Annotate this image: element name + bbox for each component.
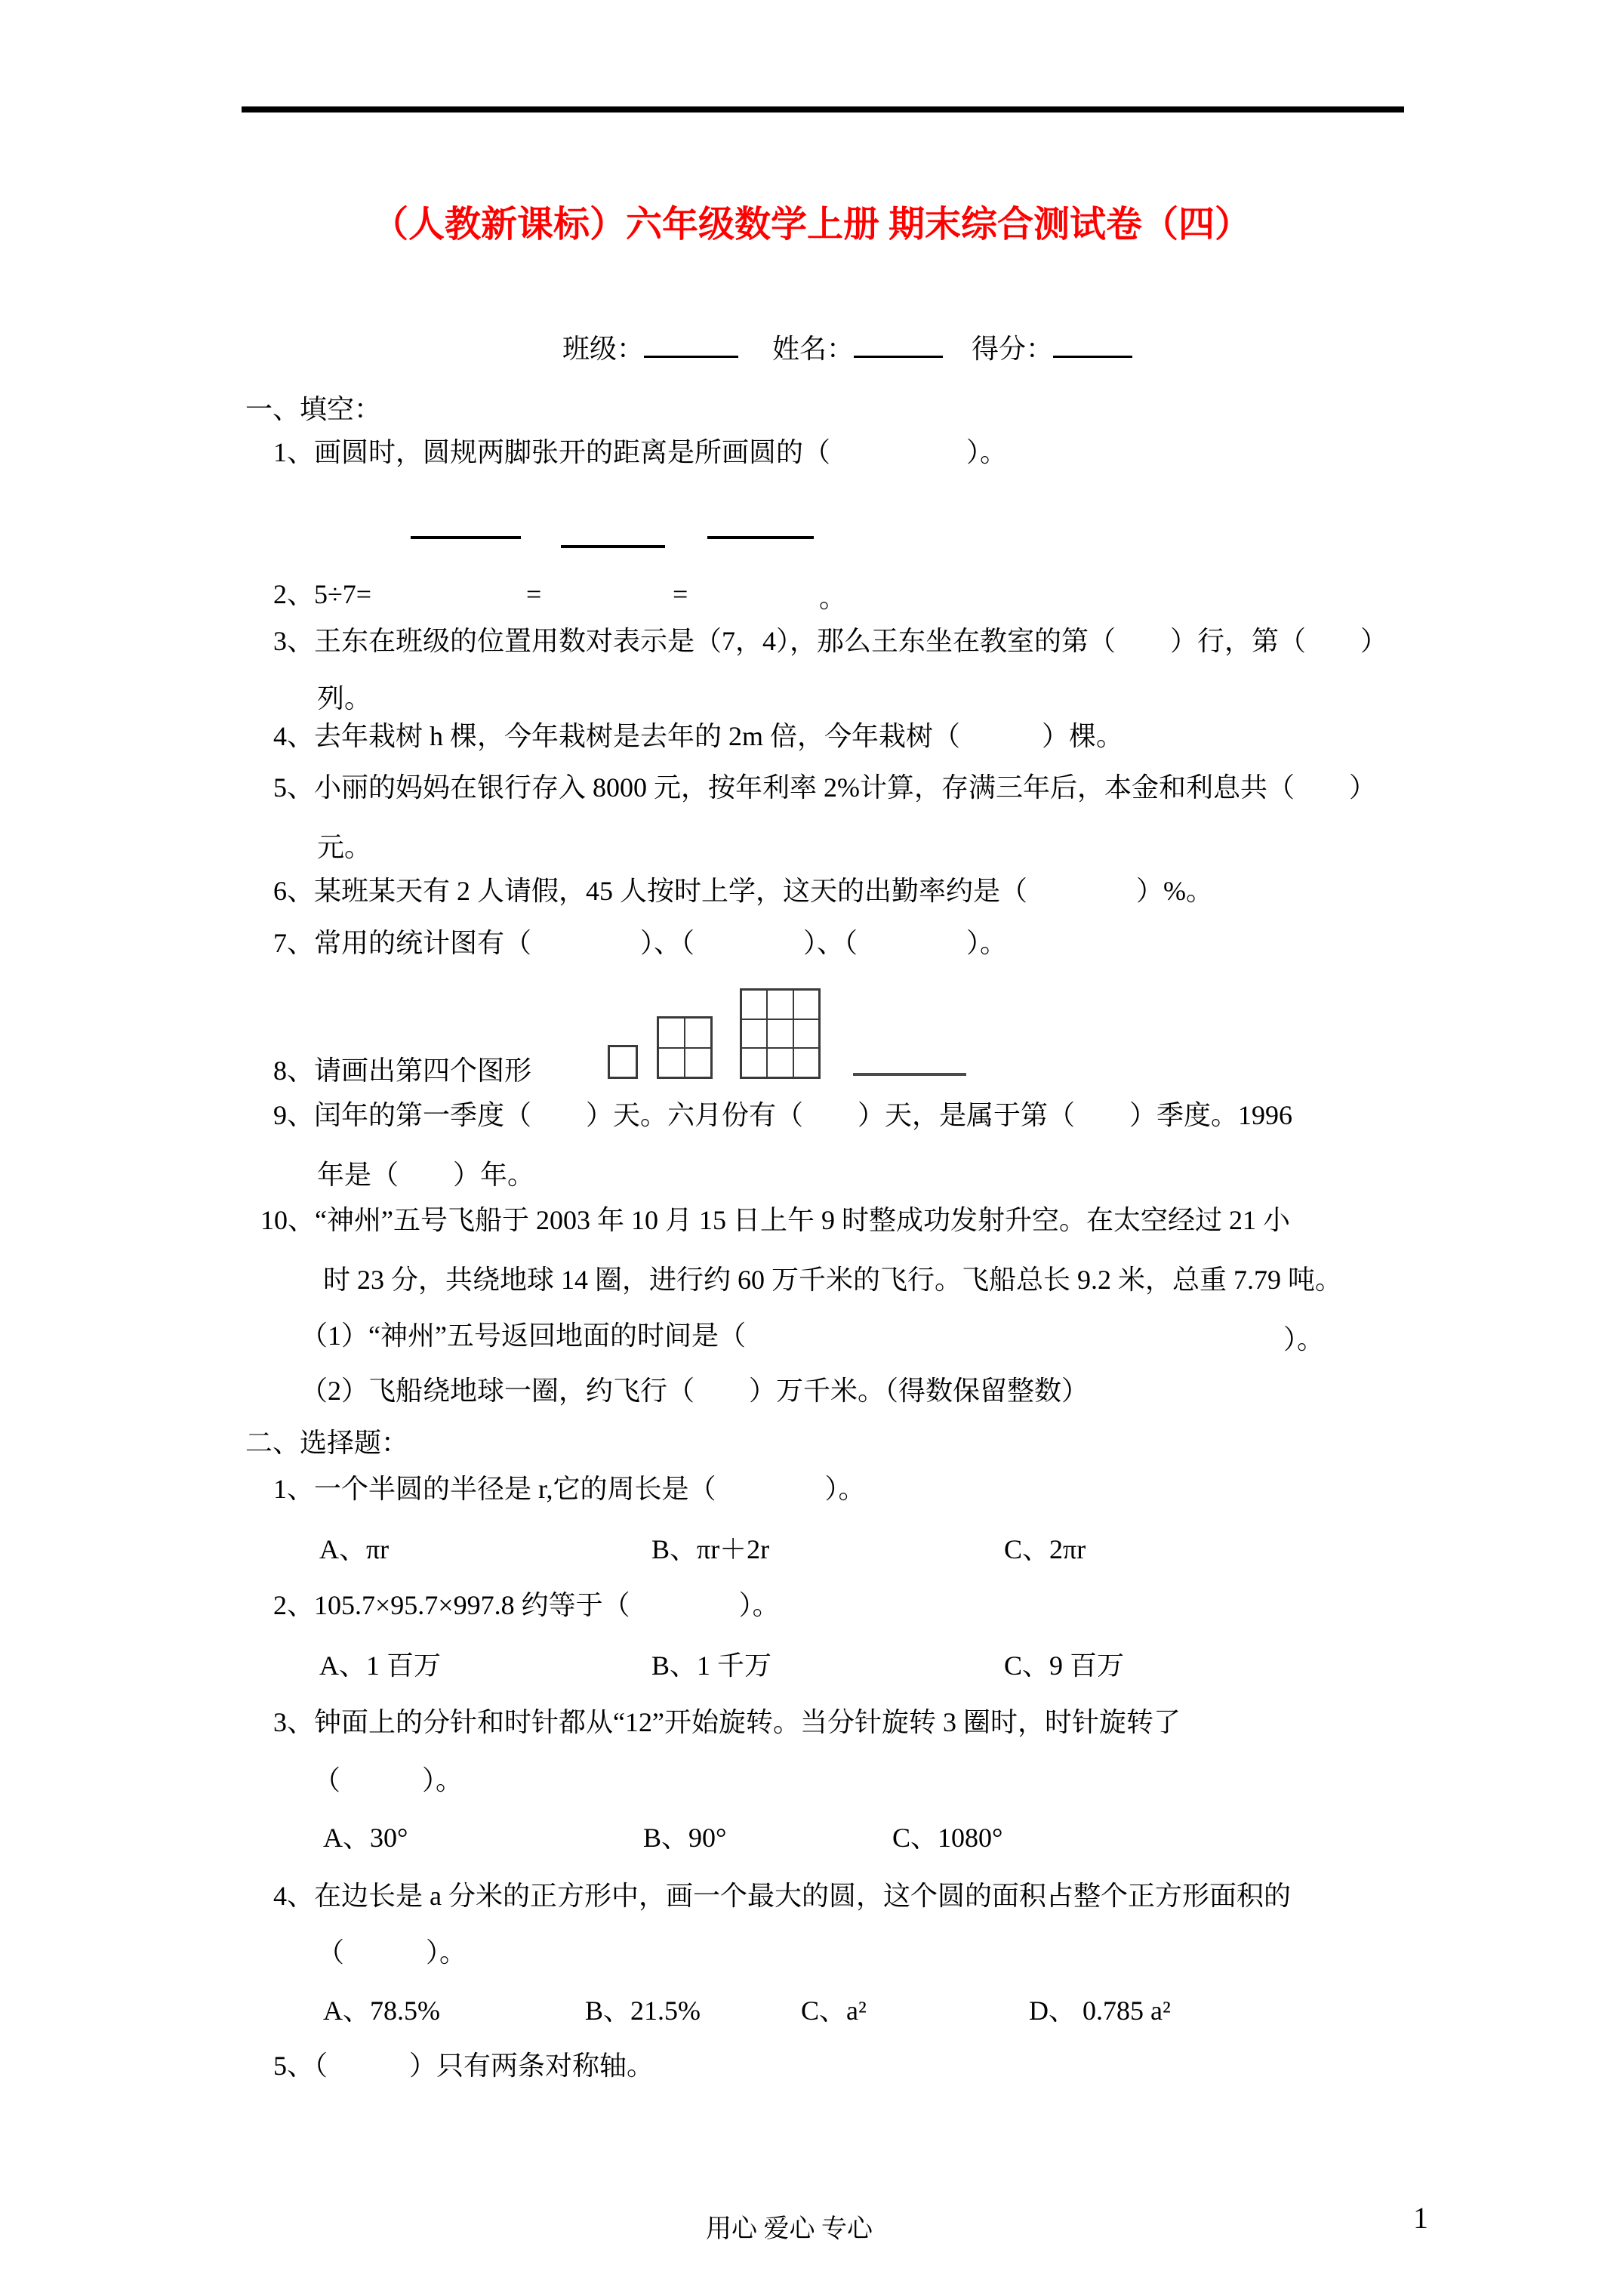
pattern-cell	[793, 1048, 819, 1077]
choice-q5: 5、（ ）只有两条对称轴。	[273, 2049, 654, 2083]
exam-document-page: （人教新课标）六年级数学上册 期末综合测试卷（四） 班级：姓名：得分： 一、填空…	[0, 0, 1623, 2296]
fraction-bar-1	[411, 536, 521, 539]
choice-q4-option-d: D、 0.785 a²	[1029, 1994, 1171, 2028]
choice-q3-line1: 3、钟面上的分针和时针都从“12”开始旋转。当分针旋转 3 圈时，时针旋转了	[273, 1706, 1181, 1740]
pattern-figure-1x1	[608, 1045, 638, 1079]
page-number: 1	[1413, 2200, 1428, 2236]
pattern-cell	[658, 1048, 685, 1078]
info-row: 班级：姓名：得分：	[562, 330, 1132, 366]
fill-q5-line1: 5、小丽的妈妈在银行存入 8000 元，按年利率 2%计算，存满三年后，本金和利…	[273, 771, 1376, 805]
fill-q2-equals-2: =	[673, 578, 688, 612]
choice-q1-option-c: C、2πr	[1004, 1533, 1086, 1567]
pattern-cell	[767, 990, 793, 1019]
section-heading-choice: 二、选择题：	[245, 1426, 408, 1460]
pattern-cell	[767, 1048, 793, 1077]
pattern-cell	[793, 990, 819, 1019]
fill-q4: 4、去年栽树 h 棵，今年栽树是去年的 2m 倍，今年栽树（ ）棵。	[273, 720, 1123, 754]
choice-q1-option-b: B、πr＋2r	[651, 1533, 769, 1567]
choice-q4-option-c: C、a²	[801, 1994, 867, 2028]
section-heading-fill: 一、填空：	[245, 393, 381, 427]
pattern-cell	[658, 1018, 685, 1048]
pattern-cell	[685, 1048, 711, 1078]
fill-q10-line1: 10、“神州”五号飞船于 2003 年 10 月 15 日上午 9 时整成功发射…	[260, 1203, 1290, 1237]
header-rule	[242, 106, 1404, 112]
choice-q2-option-a: A、1 百万	[319, 1649, 441, 1683]
choice-q2-option-c: C、9 百万	[1004, 1649, 1124, 1683]
choice-q4-line1: 4、在边长是 a 分米的正方形中，画一个最大的圆，这个圆的面积占整个正方形面积的	[273, 1879, 1291, 1913]
pattern-cell	[793, 1019, 819, 1049]
pattern-figure-2x2	[657, 1016, 713, 1079]
choice-q3-option-b: B、90°	[643, 1821, 726, 1855]
choice-q1: 1、一个半圆的半径是 r,它的周长是（ ）。	[273, 1472, 866, 1506]
fill-q2-equals-1: =	[526, 578, 541, 612]
fill-q2-prefix: 2、5÷7=	[273, 578, 371, 612]
pattern-cell	[685, 1018, 711, 1048]
fill-q7: 7、常用的统计图有（ ）、（ ）、（ ）。	[273, 926, 1007, 960]
choice-q2-option-b: B、1 千万	[651, 1649, 771, 1683]
fill-q10-sub2: （2）飞船绕地球一圈，约飞行（ ）万千米。（得数保留整数）	[300, 1374, 1089, 1408]
choice-q4-option-b: B、21.5%	[585, 1994, 701, 2028]
choice-q4-option-a: A、78.5%	[323, 1994, 440, 2028]
fraction-bar-2	[561, 545, 665, 548]
pattern-cell	[741, 1048, 767, 1077]
fraction-bar-3	[707, 536, 814, 539]
pattern-cell	[741, 990, 767, 1019]
name-blank	[854, 330, 943, 358]
choice-q3-line2: （ ）。	[313, 1764, 463, 1798]
pattern-cell	[609, 1046, 636, 1077]
choice-q4-line2: （ ）。	[317, 1936, 467, 1970]
fill-q9-line1: 9、闰年的第一季度（ ）天。六月份有（ ）天，是属于第（ ）季度。1996	[273, 1099, 1292, 1133]
name-label: 姓名：	[772, 334, 854, 364]
fill-q3-line2: 列。	[317, 682, 371, 716]
page-title: （人教新课标）六年级数学上册 期末综合测试卷（四）	[0, 195, 1623, 247]
choice-q2: 2、105.7×95.7×997.8 约等于（ ）。	[273, 1589, 780, 1623]
fill-q10-line2: 时 23 分，共绕地球 14 圈，进行约 60 万千米的飞行。飞船总长 9.2 …	[323, 1263, 1342, 1297]
class-label: 班级：	[562, 334, 644, 364]
fill-q9-line2: 年是（ ）年。	[317, 1158, 534, 1192]
pattern-figure-3x3	[740, 988, 821, 1079]
score-label: 得分：	[972, 334, 1053, 364]
fill-q6: 6、某班某天有 2 人请假，45 人按时上学，这天的出勤率约是（ ）%。	[273, 874, 1213, 908]
fill-q2-period: 。	[819, 581, 846, 615]
pattern-answer-underline	[853, 1073, 966, 1076]
fill-q3-line1: 3、王东在班级的位置用数对表示是（7，4），那么王东坐在教室的第（ ）行，第（ …	[273, 624, 1387, 658]
choice-q3-option-c: C、1080°	[892, 1821, 1002, 1855]
fill-q1: 1、画圆时，圆规两脚张开的距离是所画圆的（ ）。	[273, 436, 1007, 470]
fill-q10-sub1-close: ）。	[1283, 1323, 1324, 1357]
score-blank	[1053, 330, 1132, 358]
class-blank	[644, 330, 738, 358]
choice-q3-option-a: A、30°	[323, 1821, 408, 1855]
fill-q8: 8、请画出第四个图形	[273, 1054, 531, 1088]
pattern-cell	[741, 1019, 767, 1049]
fill-q10-sub1: （1）“神州”五号返回地面的时间是（	[300, 1319, 746, 1353]
pattern-cell	[767, 1019, 793, 1049]
choice-q1-option-a: A、πr	[319, 1533, 389, 1567]
footer-motto: 用心 爱心 专心	[706, 2208, 873, 2245]
fill-q5-line2: 元。	[317, 831, 371, 864]
